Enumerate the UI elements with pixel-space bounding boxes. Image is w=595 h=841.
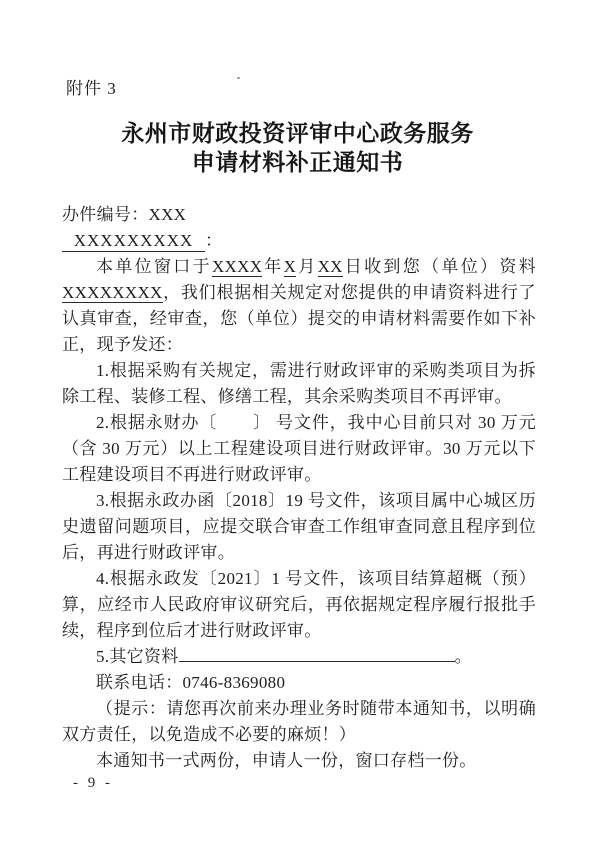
contact-label: 联系电话： bbox=[96, 673, 183, 692]
document-body: 办件编号：XXX XXXXXXXXX： 本单位窗口于XXXX年X月XX日收到您（… bbox=[62, 202, 536, 774]
item5-blank-field bbox=[179, 644, 455, 662]
case-number-line: 办件编号：XXX bbox=[62, 202, 536, 228]
intro-blank-year: XXXX bbox=[212, 257, 262, 277]
notice-item-3: 3.根据永政办函〔2018〕19 号文件，该项目属中心城区历史遗留问题项目，应提… bbox=[62, 488, 536, 566]
intro-text-4: 日收到您（单位）资料 bbox=[343, 257, 536, 276]
item5-label: 5.其它资料 bbox=[96, 647, 179, 666]
addressee-colon: ： bbox=[205, 231, 222, 250]
addressee-blank-value: XXXXXXXXX bbox=[74, 231, 194, 250]
tip-paragraph: （提示：请您再次前来办理业务时随带本通知书，以明确双方责任，以免造成不必要的麻烦… bbox=[62, 696, 536, 748]
notice-item-4: 4.根据永政发〔2021〕1 号文件，该项目结算超概（预）算，应经市人民政府审议… bbox=[62, 566, 536, 644]
document-title: 永州市财政投资评审中心政务服务 申请材料补正通知书 bbox=[0, 119, 595, 177]
intro-paragraph: 本单位窗口于XXXX年X月XX日收到您（单位）资料XXXXXXXX，我们根据相关… bbox=[62, 254, 536, 358]
intro-blank-material: XXXXXXXX bbox=[62, 283, 163, 303]
addressee-blank-field: XXXXXXXXX bbox=[62, 231, 205, 252]
scan-artifact-speck bbox=[237, 77, 240, 79]
intro-text-3: 月 bbox=[296, 257, 317, 276]
notice-item-5: 5.其它资料。 bbox=[62, 644, 536, 670]
notice-item-2: 2.根据永财办〔 〕 号文件，我中心目前只对 30 万元（含 30 万元）以上工… bbox=[62, 410, 536, 488]
notice-item-1: 1.根据采购有关规定，需进行财政评审的采购类项目为拆除工程、装修工程、修缮工程，… bbox=[62, 358, 536, 410]
attachment-label: 附件 3 bbox=[66, 74, 117, 99]
case-number-value: XXX bbox=[149, 205, 187, 224]
contact-phone: 0746-8369080 bbox=[183, 673, 286, 692]
document-title-line2: 申请材料补正通知书 bbox=[192, 150, 404, 175]
addressee-line: XXXXXXXXX： bbox=[62, 228, 536, 254]
case-number-label: 办件编号： bbox=[62, 205, 149, 224]
closing-line: 本通知书一式两份，申请人一份，窗口存档一份。 bbox=[62, 748, 536, 774]
document-title-line1: 永州市财政投资评审中心政务服务 bbox=[121, 121, 474, 146]
intro-blank-month: X bbox=[284, 257, 297, 277]
intro-text-2: 年 bbox=[262, 257, 283, 276]
page-number: - 9 - bbox=[73, 775, 113, 792]
intro-text-1: 本单位窗口于 bbox=[96, 257, 212, 276]
contact-line: 联系电话：0746-8369080 bbox=[62, 670, 536, 696]
intro-blank-day: XX bbox=[318, 257, 343, 277]
document-page: 附件 3 永州市财政投资评审中心政务服务 申请材料补正通知书 办件编号：XXX … bbox=[0, 0, 595, 841]
item5-period: 。 bbox=[455, 647, 472, 666]
